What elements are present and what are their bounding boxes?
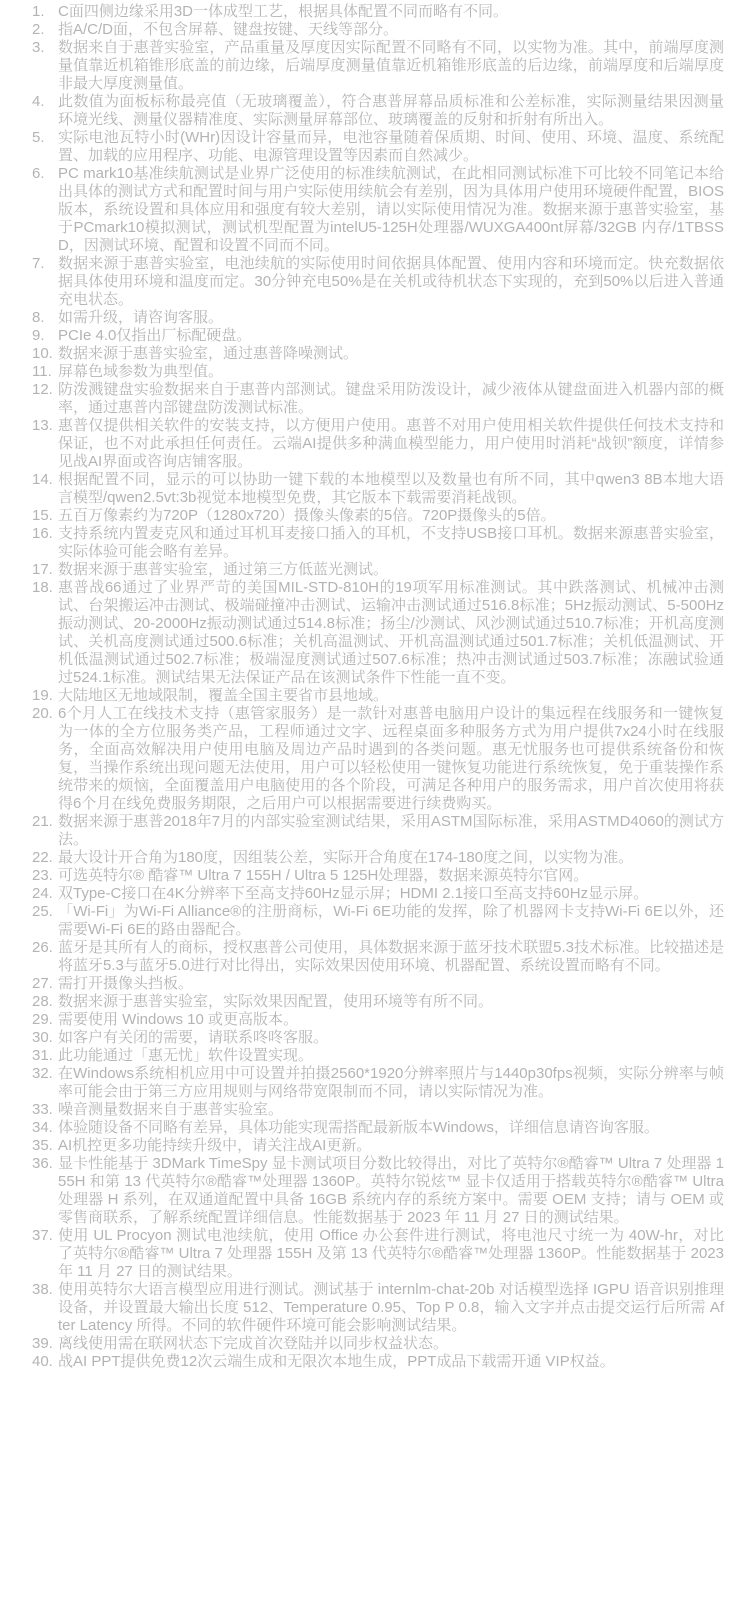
footnote-text: 在Windows系统相机应用中可设置并拍摄2560*1920分辨率照片与1440… [58,1065,724,1101]
footnote-item: 33.噪音测量数据来自于惠普实验室。 [32,1101,724,1119]
footnote-number: 16. [32,525,58,543]
footnote-number: 25. [32,903,58,921]
footnote-number: 17. [32,561,58,579]
footnote-number: 33. [32,1101,58,1119]
footnote-text: 大陆地区无地域限制，覆盖全国主要省市县地域。 [58,687,724,705]
footnote-number: 19. [32,687,58,705]
footnote-item: 31.此功能通过「惠无忧」软件设置实现。 [32,1047,724,1065]
footnote-number: 3. [32,39,58,57]
footnote-item: 21.数据来源于惠普2018年7月的内部实验室测试结果，采用ASTM国际标准，采… [32,813,724,849]
footnote-text: 根据配置不同，显示的可以协助一键下载的本地模型以及数量也有所不同，其中qwen3… [58,471,724,507]
footnote-item: 17.数据来源于惠普实验室，通过第三方低蓝光测试。 [32,561,724,579]
footnote-number: 37. [32,1227,58,1245]
footnote-item: 12.防泼溅键盘实验数据来自于惠普内部测试。键盘采用防泼设计，减少液体从键盘面进… [32,381,724,417]
footnote-item: 11.屏幕色域参数为典型值。 [32,363,724,381]
footnote-item: 14.根据配置不同，显示的可以协助一键下载的本地模型以及数量也有所不同，其中qw… [32,471,724,507]
footnote-text: 屏幕色域参数为典型值。 [58,363,724,381]
footnote-item: 13.惠普仅提供相关软件的安装支持，以方便用户使用。惠普不对用户使用相关软件提供… [32,417,724,471]
page: { "colors": { "background": "#ffffff", "… [0,0,750,1605]
footnote-number: 28. [32,993,58,1011]
footnote-number: 5. [32,129,58,147]
footnote-item: 24.双Type-C接口在4K分辨率下至高支持60Hz显示屏；HDMI 2.1接… [32,885,724,903]
footnote-text: 支持系统内置麦克风和通过耳机耳麦接口插入的耳机，不支持USB接口耳机。数据来源惠… [58,525,724,561]
footnote-number: 26. [32,939,58,957]
footnote-text: 指A/C/D面，不包含屏幕、键盘按键、天线等部分。 [58,21,724,39]
footnote-item: 19.大陆地区无地域限制，覆盖全国主要省市县地域。 [32,687,724,705]
footnote-number: 6. [32,165,58,183]
footnote-number: 10. [32,345,58,363]
footnote-number: 7. [32,255,58,273]
footnote-text: 使用英特尔大语言模型应用进行测试。测试基于 internlm-chat-20b … [58,1281,724,1335]
footnote-text: 防泼溅键盘实验数据来自于惠普内部测试。键盘采用防泼设计，减少液体从键盘面进入机器… [58,381,724,417]
footnote-text: 6个月人工在线技术支持（惠管家服务）是一款针对惠普电脑用户设计的集远程在线服务和… [58,705,724,813]
footnote-item: 2.指A/C/D面，不包含屏幕、键盘按键、天线等部分。 [32,21,724,39]
footnote-item: 28.数据来源于惠普实验室，实际效果因配置，使用环境等有所不同。 [32,993,724,1011]
footnote-text: PC mark10基准续航测试是业界广泛使用的标准续航测试，在此相同测试标准下可… [58,165,724,255]
footnote-item: 1.C面四侧边缘采用3D一体成型工艺，根据具体配置不同而略有不同。 [32,3,724,21]
footnote-number: 8. [32,309,58,327]
footnote-item: 40.战AI PPT提供免费12次云端生成和无限次本地生成，PPT成品下载需开通… [32,1353,724,1371]
footnote-item: 34.体验随设备不同略有差异，具体功能实现需搭配最新版本Windows，详细信息… [32,1119,724,1137]
footnote-number: 1. [32,3,58,21]
footnote-text: 「Wi-Fi」为Wi-Fi Alliance®的注册商标，Wi-Fi 6E功能的… [58,903,724,939]
footnote-item: 8.如需升级，请咨询客服。 [32,309,724,327]
footnote-item: 15.五百万像素约为720P（1280x720）摄像头像素的5倍。720P摄像头… [32,507,724,525]
footnote-number: 12. [32,381,58,399]
footnote-text: 数据来源于惠普实验室，通过惠普降噪测试。 [58,345,724,363]
footnote-number: 31. [32,1047,58,1065]
footnote-item: 6.PC mark10基准续航测试是业界广泛使用的标准续航测试，在此相同测试标准… [32,165,724,255]
footnote-item: 30.如客户有关闭的需要，请联系咚咚客服。 [32,1029,724,1047]
footnote-number: 30. [32,1029,58,1047]
footnote-item: 3.数据来自于惠普实验室，产品重量及厚度因实际配置不同略有不同，以实物为准。其中… [32,39,724,93]
footnote-item: 23.可选英特尔® 酷睿™ Ultra 7 155H / Ultra 5 125… [32,867,724,885]
footnote-text: 战AI PPT提供免费12次云端生成和无限次本地生成，PPT成品下载需开通 VI… [58,1353,724,1371]
footnote-number: 9. [32,327,58,345]
footnotes-list: 1.C面四侧边缘采用3D一体成型工艺，根据具体配置不同而略有不同。2.指A/C/… [0,0,750,1371]
footnote-text: 双Type-C接口在4K分辨率下至高支持60Hz显示屏；HDMI 2.1接口至高… [58,885,724,903]
footnote-item: 36.显卡性能基于 3DMark TimeSpy 显卡测试项目分数比较得出，对比… [32,1155,724,1227]
footnote-text: 如客户有关闭的需要，请联系咚咚客服。 [58,1029,724,1047]
footnote-text: 使用 UL Procyon 测试电池续航，使用 Office 办公套件进行测试，… [58,1227,724,1281]
footnote-number: 32. [32,1065,58,1083]
footnote-number: 40. [32,1353,58,1371]
footnote-item: 38.使用英特尔大语言模型应用进行测试。测试基于 internlm-chat-2… [32,1281,724,1335]
footnote-text: 此功能通过「惠无忧」软件设置实现。 [58,1047,724,1065]
footnote-number: 18. [32,579,58,597]
footnote-item: 5.实际电池瓦特小时(WHr)因设计容量而异，电池容量随着保质期、时间、使用、环… [32,129,724,165]
footnote-text: 惠普战66通过了业界严苛的美国MIL-STD-810H的19项军用标准测试。其中… [58,579,724,687]
footnote-item: 37.使用 UL Procyon 测试电池续航，使用 Office 办公套件进行… [32,1227,724,1281]
footnote-item: 10.数据来源于惠普实验室，通过惠普降噪测试。 [32,345,724,363]
footnote-number: 36. [32,1155,58,1173]
footnote-text: 数据来源于惠普实验室，通过第三方低蓝光测试。 [58,561,724,579]
footnote-item: 9.PCIe 4.0仅指出厂标配硬盘。 [32,327,724,345]
footnote-number: 11. [32,363,58,381]
footnote-number: 20. [32,705,58,723]
footnote-item: 18.惠普战66通过了业界严苛的美国MIL-STD-810H的19项军用标准测试… [32,579,724,687]
footnote-item: 16.支持系统内置麦克风和通过耳机耳麦接口插入的耳机，不支持USB接口耳机。数据… [32,525,724,561]
footnote-text: 惠普仅提供相关软件的安装支持，以方便用户使用。惠普不对用户使用相关软件提供任何技… [58,417,724,471]
footnote-text: 噪音测量数据来自于惠普实验室。 [58,1101,724,1119]
footnote-number: 35. [32,1137,58,1155]
footnote-number: 38. [32,1281,58,1299]
footnote-item: 20.6个月人工在线技术支持（惠管家服务）是一款针对惠普电脑用户设计的集远程在线… [32,705,724,813]
footnote-text: 数据来源于惠普实验室，电池续航的实际使用时间依据具体配置、使用内容和环境而定。快… [58,255,724,309]
footnote-number: 29. [32,1011,58,1029]
footnote-number: 24. [32,885,58,903]
footnote-text: 此数值为面板标称最亮值（无玻璃覆盖），符合惠普屏幕品质标准和公差标准，实际测量结… [58,93,724,129]
footnote-item: 35.AI机控更多功能持续升级中，请关注战AI更新。 [32,1137,724,1155]
footnote-item: 39.离线使用需在联网状态下完成首次登陆并以同步权益状态。 [32,1335,724,1353]
footnote-text: 数据来源于惠普2018年7月的内部实验室测试结果，采用ASTM国际标准，采用AS… [58,813,724,849]
footnote-number: 22. [32,849,58,867]
footnote-text: 需打开摄像头挡板。 [58,975,724,993]
footnote-text: 五百万像素约为720P（1280x720）摄像头像素的5倍。720P摄像头的5倍… [58,507,724,525]
footnote-number: 21. [32,813,58,831]
footnote-number: 39. [32,1335,58,1353]
footnote-item: 7.数据来源于惠普实验室，电池续航的实际使用时间依据具体配置、使用内容和环境而定… [32,255,724,309]
footnote-text: 数据来自于惠普实验室，产品重量及厚度因实际配置不同略有不同，以实物为准。其中，前… [58,39,724,93]
footnote-text: C面四侧边缘采用3D一体成型工艺，根据具体配置不同而略有不同。 [58,3,724,21]
footnote-number: 2. [32,21,58,39]
footnote-number: 14. [32,471,58,489]
footnote-text: 蓝牙是其所有人的商标，授权惠普公司使用，具体数据来源于蓝牙技术联盟5.3技术标准… [58,939,724,975]
footnote-number: 23. [32,867,58,885]
footnote-item: 27.需打开摄像头挡板。 [32,975,724,993]
footnote-item: 26.蓝牙是其所有人的商标，授权惠普公司使用，具体数据来源于蓝牙技术联盟5.3技… [32,939,724,975]
footnote-item: 25.「Wi-Fi」为Wi-Fi Alliance®的注册商标，Wi-Fi 6E… [32,903,724,939]
footnote-text: AI机控更多功能持续升级中，请关注战AI更新。 [58,1137,724,1155]
footnote-text: 显卡性能基于 3DMark TimeSpy 显卡测试项目分数比较得出，对比了英特… [58,1155,724,1227]
footnote-item: 22.最大设计开合角为180度，因组装公差，实际开合角度在174-180度之间，… [32,849,724,867]
footnote-number: 13. [32,417,58,435]
footnote-text: 如需升级，请咨询客服。 [58,309,724,327]
footnote-item: 32.在Windows系统相机应用中可设置并拍摄2560*1920分辨率照片与1… [32,1065,724,1101]
footnote-item: 4.此数值为面板标称最亮值（无玻璃覆盖），符合惠普屏幕品质标准和公差标准，实际测… [32,93,724,129]
footnote-text: 数据来源于惠普实验室，实际效果因配置，使用环境等有所不同。 [58,993,724,1011]
footnote-number: 4. [32,93,58,111]
footnote-text: 离线使用需在联网状态下完成首次登陆并以同步权益状态。 [58,1335,724,1353]
footnote-text: 实际电池瓦特小时(WHr)因设计容量而异，电池容量随着保质期、时间、使用、环境、… [58,129,724,165]
footnote-number: 34. [32,1119,58,1137]
footnote-text: 最大设计开合角为180度，因组装公差，实际开合角度在174-180度之间，以实物… [58,849,724,867]
footnote-text: 体验随设备不同略有差异，具体功能实现需搭配最新版本Windows，详细信息请咨询… [58,1119,724,1137]
footnote-text: PCIe 4.0仅指出厂标配硬盘。 [58,327,724,345]
footnote-number: 27. [32,975,58,993]
footnote-number: 15. [32,507,58,525]
footnote-text: 需要使用 Windows 10 或更高版本。 [58,1011,724,1029]
footnote-item: 29.需要使用 Windows 10 或更高版本。 [32,1011,724,1029]
footnote-text: 可选英特尔® 酷睿™ Ultra 7 155H / Ultra 5 125H处理… [58,867,724,885]
